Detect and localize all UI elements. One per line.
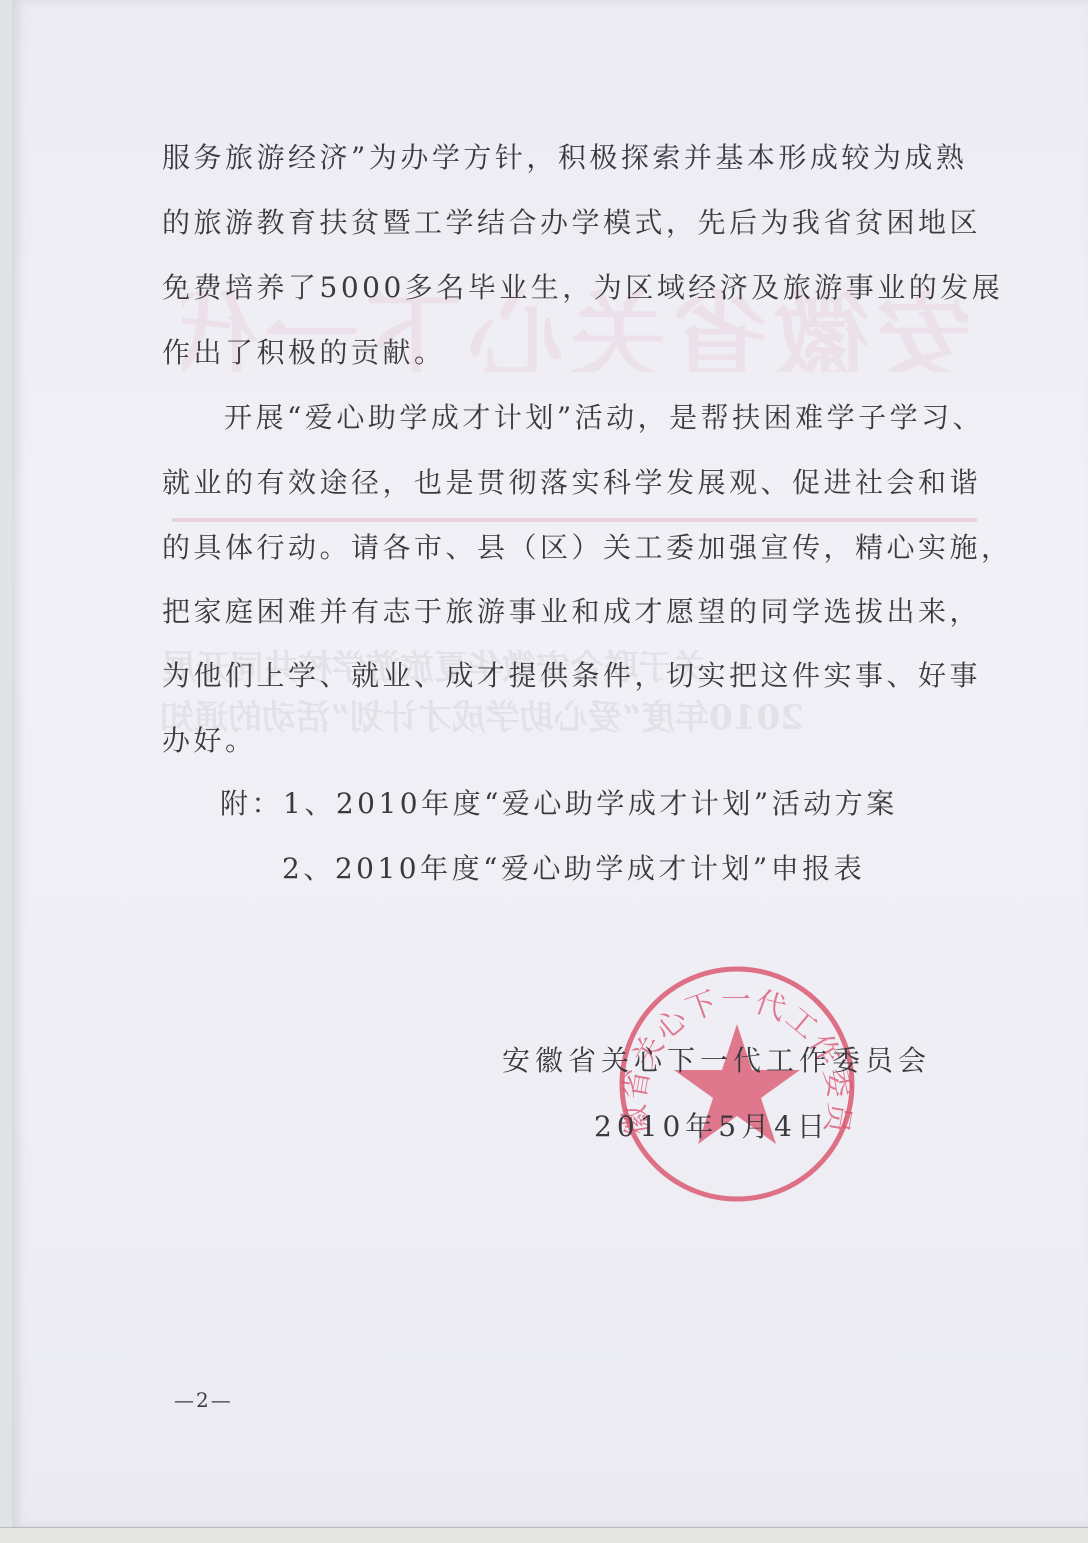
paragraph-2-line-6: 办好。 <box>162 727 257 755</box>
paragraph-2-line-2: 就业的有效途径，也是贯彻落实科学发展观、促进社会和谐 <box>162 469 981 497</box>
official-seal-stamp: 安徽省关心下一代工作委员会 <box>612 962 862 1207</box>
scan-bottom-edge <box>0 1527 1088 1543</box>
document-page: 安徽省关心下一代工作委员会文件 关于联合安徽华夏旅游学校共同开展 2010年度“… <box>12 0 1088 1527</box>
paragraph-2-line-5: 为他们上学、就业、成才提供条件，切实把这件实事、好事 <box>162 662 981 690</box>
paragraph-1-line-2: 的旅游教育扶贫暨工学结合办学模式，先后为我省贫困地区 <box>162 209 981 237</box>
paragraph-1-line-3: 免费培养了5000多名毕业生，为区域经济及旅游事业的发展 <box>162 274 1003 302</box>
paragraph-2-line-1: 开展“爱心助学成才计划”活动，是帮扶困难学子学习、 <box>224 404 984 432</box>
signature-organization: 安徽省关心下一代工作委员会 <box>502 1047 931 1075</box>
page-number: —2— <box>174 1388 233 1412</box>
paragraph-1-line-4: 作出了积极的贡献。 <box>162 339 446 367</box>
paragraph-1-line-1: 服务旅游经济”为办学方针，积极探索并基本形成较为成熟 <box>162 144 967 172</box>
attachment-2: 2、2010年度“爱心助学成才计划”申报表 <box>282 855 865 883</box>
bleed-through-title-2: 2010年度“爱心助学成才计划”活动的通知 <box>160 690 804 739</box>
bleed-through-red-rule <box>172 518 977 522</box>
signature-date: 2010年5月4日 <box>594 1113 830 1141</box>
attachment-1: 附：1、2010年度“爱心助学成才计划”活动方案 <box>220 790 898 818</box>
paragraph-2-line-4: 把家庭困难并有志于旅游事业和成才愿望的同学选拔出来， <box>162 598 981 626</box>
paragraph-2-line-3: 的具体行动。请各市、县（区）关工委加强宣传，精心实施， <box>162 534 1013 562</box>
